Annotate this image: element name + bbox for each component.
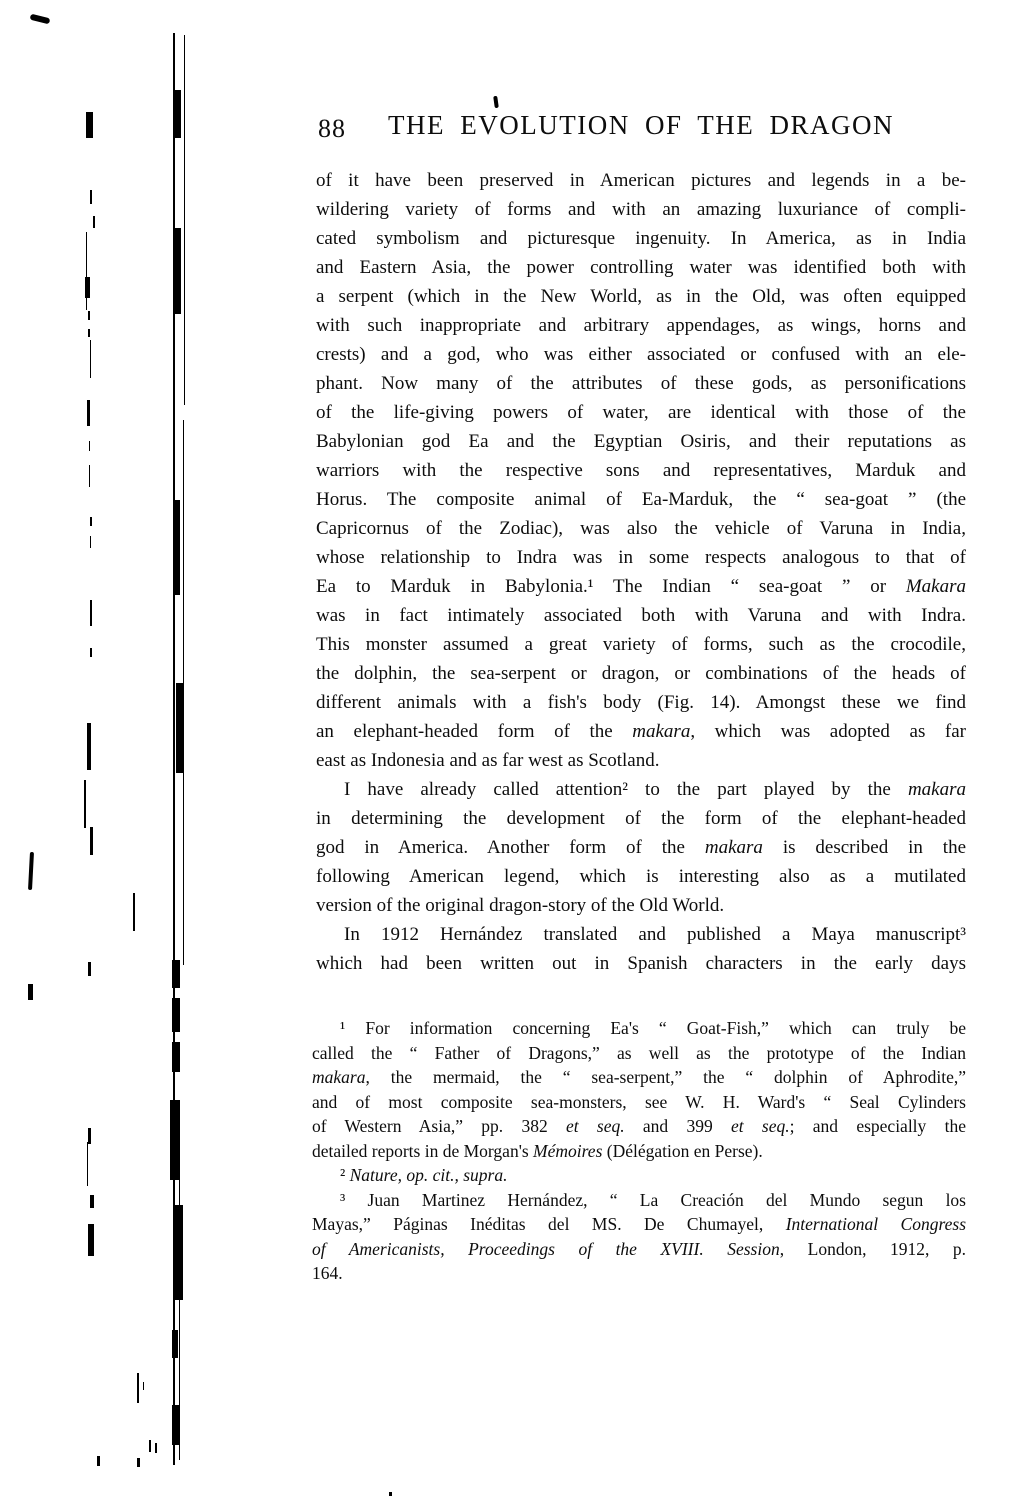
page-header: 88 THE EVOLUTION OF THE DRAGON	[316, 110, 966, 146]
text-line: of it have been preserved in American pi…	[316, 166, 966, 195]
footnotes: ¹ For information concerning Ea's “ Goat…	[312, 1016, 966, 1286]
text-line: a serpent (which in the New World, as in…	[316, 282, 966, 311]
scan-artifact	[85, 277, 90, 298]
scan-artifact	[93, 216, 95, 228]
text-line: warriors with the respective sons and re…	[316, 456, 966, 485]
text-line: of Western Asia,” pp. 382 et seq. and 39…	[312, 1114, 966, 1139]
scan-artifact	[170, 1100, 180, 1180]
scan-artifact	[173, 500, 180, 595]
scan-artifact	[88, 1128, 91, 1144]
scan-artifact	[90, 517, 92, 526]
scan-artifact	[143, 1382, 144, 1390]
scan-artifact	[176, 683, 184, 773]
text-line: Mayas,” Páginas Inéditas del MS. De Chum…	[312, 1212, 966, 1237]
scan-artifact	[97, 1456, 100, 1466]
text-line: the dolphin, the sea-serpent or dragon, …	[316, 659, 966, 688]
text-line: of the life-giving powers of water, are …	[316, 398, 966, 427]
scan-artifact	[87, 400, 90, 426]
scan-artifact	[172, 1042, 180, 1072]
scan-artifact	[28, 984, 33, 1000]
scan-artifact	[86, 232, 87, 310]
text-line: phant. Now many of the attributes of the…	[316, 369, 966, 398]
text-line: wildering variety of forms and with an a…	[316, 195, 966, 224]
text-line: and Eastern Asia, the power controlling …	[316, 253, 966, 282]
text-line: crests) and a god, who was either associ…	[316, 340, 966, 369]
scan-artifact	[172, 998, 180, 1032]
text-line: god in America. Another form of the maka…	[316, 833, 966, 862]
text-line: an elephant-headed form of the makara, w…	[316, 717, 966, 746]
text-line: with such inappropriate and arbitrary ap…	[316, 311, 966, 340]
page-number: 88	[318, 114, 346, 144]
text-line: This monster assumed a great variety of …	[316, 630, 966, 659]
scan-artifact	[174, 1205, 183, 1300]
scan-artifact	[493, 96, 499, 108]
text-line: I have already called attention² to the …	[316, 775, 966, 804]
text-line: in determining the development of the fo…	[316, 804, 966, 833]
scan-artifact	[174, 228, 181, 314]
scan-artifact	[88, 1224, 94, 1256]
scan-artifact	[86, 112, 93, 138]
text-line: 164.	[312, 1261, 966, 1286]
scan-artifact	[137, 1458, 140, 1467]
text-line: different animals with a fish's body (Fi…	[316, 688, 966, 717]
scan-artifact	[87, 723, 91, 770]
scan-artifact	[172, 1405, 180, 1445]
text-line: ² Nature, op. cit., supra.	[312, 1163, 966, 1188]
scan-artifact	[174, 90, 181, 138]
scan-artifact	[28, 852, 34, 890]
scan-artifact	[87, 1142, 88, 1186]
text-line: east as Indonesia and as far west as Sco…	[316, 746, 966, 775]
scan-artifact	[90, 536, 91, 548]
scan-artifact	[84, 780, 86, 828]
scan-artifact	[172, 960, 180, 988]
text-line: Babylonian god Ea and the Egyptian Osiri…	[316, 427, 966, 456]
text-line: ³ Juan Martinez Hernández, “ La Creación…	[312, 1188, 966, 1213]
text-line: of Americanists, Proceedings of the XVII…	[312, 1237, 966, 1262]
scan-artifact	[155, 1443, 157, 1453]
scan-artifact	[89, 441, 90, 451]
text-line: following American legend, which is inte…	[316, 862, 966, 891]
body-text: of it have been preserved in American pi…	[316, 166, 966, 978]
scanned-book-page: 88 THE EVOLUTION OF THE DRAGON of it hav…	[0, 0, 1030, 1505]
text-line: version of the original dragon-story of …	[316, 891, 966, 920]
scan-artifact	[88, 311, 90, 320]
scan-artifact	[172, 1330, 178, 1358]
scan-artifact	[90, 600, 92, 626]
running-title: THE EVOLUTION OF THE DRAGON	[316, 110, 966, 141]
text-line: ¹ For information concerning Ea's “ Goat…	[312, 1016, 966, 1041]
text-line: In 1912 Hernández translated and publish…	[316, 920, 966, 949]
scan-artifact	[133, 893, 135, 931]
text-line: Ea to Marduk in Babylonia.¹ The Indian “…	[316, 572, 966, 601]
text-line: was in fact intimately associated both w…	[316, 601, 966, 630]
text-line: which had been written out in Spanish ch…	[316, 949, 966, 978]
scan-artifact	[137, 1373, 139, 1403]
text-line: cated symbolism and picturesque ingenuit…	[316, 224, 966, 253]
text-line: called the “ Father of Dragons,” as well…	[312, 1041, 966, 1066]
scan-artifact	[88, 329, 90, 337]
scan-artifact	[89, 465, 90, 487]
text-line: makara, the mermaid, the “ sea-serpent,”…	[312, 1065, 966, 1090]
scan-artifact	[88, 962, 91, 976]
scan-artifact	[90, 340, 91, 378]
scan-artifact	[90, 648, 92, 657]
scan-artifact	[389, 1492, 392, 1496]
scan-artifact	[90, 190, 92, 204]
text-line: Horus. The composite animal of Ea-Marduk…	[316, 485, 966, 514]
scan-artifact	[149, 1440, 151, 1452]
text-line: detailed reports in de Morgan's Mémoires…	[312, 1139, 966, 1164]
text-line: Capricornus of the Zodiac), was also the…	[316, 514, 966, 543]
scan-artifact	[90, 827, 93, 855]
scan-artifact	[184, 35, 185, 405]
scan-artifact	[30, 14, 51, 25]
text-line: whose relationship to Indra was in some …	[316, 543, 966, 572]
text-line: and of most composite sea-monsters, see …	[312, 1090, 966, 1115]
scan-artifact	[90, 1195, 94, 1208]
